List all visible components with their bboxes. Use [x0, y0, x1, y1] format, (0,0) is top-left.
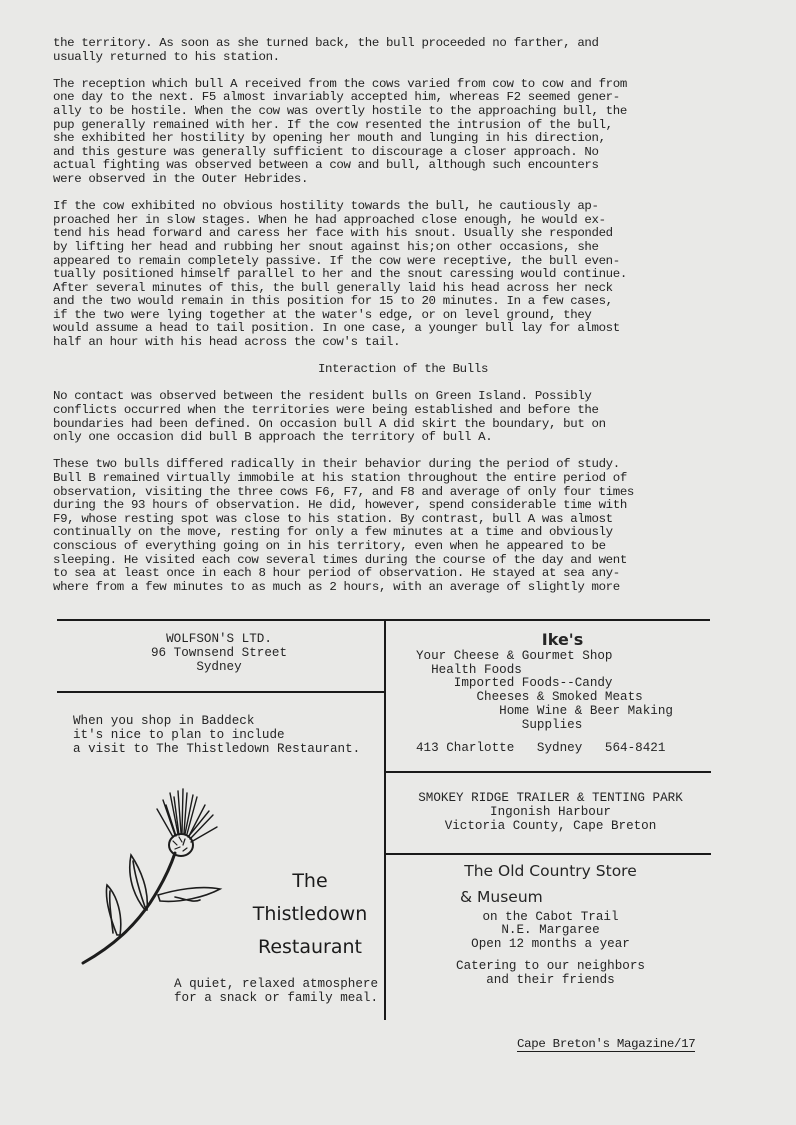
ad-baddeck-line: When you shop in Baddeck: [73, 715, 383, 729]
ad-ikes-title: Ike's: [388, 633, 713, 647]
ad-old-store-line: N.E. Margaree: [388, 924, 713, 938]
ad-thistledown-tagline-line: for a snack or family meal.: [156, 992, 396, 1006]
ad-divider-wolfson: [57, 691, 385, 693]
ad-wolfsons: WOLFSON'S LTD. 96 Townsend Street Sydney: [54, 633, 384, 674]
paragraph-no-contact: No contact was observed between the resi…: [53, 390, 733, 444]
ad-smokey-location: Ingonish Harbour: [388, 806, 713, 820]
ad-old-store-line: Open 12 months a year: [388, 938, 713, 952]
paragraph-reception: The reception which bull A received from…: [53, 78, 733, 187]
ad-baddeck: When you shop in Baddeck it's nice to pl…: [73, 715, 383, 756]
ad-divider-ikes: [385, 771, 711, 773]
paragraph-approach: If the cow exhibited no obvious hostilit…: [53, 200, 733, 350]
ad-baddeck-line: a visit to The Thistledown Restaurant.: [73, 743, 383, 757]
ad-old-store-line: on the Cabot Trail: [388, 911, 713, 925]
ad-ikes-line: Supplies: [388, 719, 713, 733]
ad-old-store-title: The Old Country Store: [388, 865, 713, 879]
ad-thistledown-tagline: A quiet, relaxed atmosphere for a snack …: [156, 978, 396, 1006]
ad-ikes-line: Cheeses & Smoked Meats: [388, 691, 713, 705]
ad-thistledown-name-line: Thistledown: [240, 898, 380, 931]
ad-wolfson-city: Sydney: [54, 661, 384, 675]
ad-divider-smokey: [385, 853, 711, 855]
page-footer: Cape Breton's Magazine/17: [517, 1038, 695, 1052]
ad-old-country-store: The Old Country Store & Museum on the Ca…: [388, 865, 713, 988]
ad-thistledown: The Thistledown Restaurant A quiet, rela…: [60, 760, 385, 1020]
ad-ikes-line: Health Foods: [388, 664, 713, 678]
ad-smokey-ridge: SMOKEY RIDGE TRAILER & TENTING PARK Ingo…: [388, 792, 713, 833]
ad-old-store-subtitle: & Museum: [388, 891, 713, 905]
ad-ikes-line: Imported Foods--Candy: [388, 677, 713, 691]
ad-wolfson-name: WOLFSON'S LTD.: [54, 633, 384, 647]
thistle-flower-icon: [75, 785, 235, 970]
section-heading: Interaction of the Bulls: [53, 363, 733, 377]
article-body: the territory. As soon as she turned bac…: [53, 37, 733, 594]
paragraph-territory: the territory. As soon as she turned bac…: [53, 37, 733, 64]
ad-thistledown-name: The Thistledown Restaurant: [240, 865, 380, 964]
ad-old-store-tagline: and their friends: [388, 974, 713, 988]
ad-wolfson-street: 96 Townsend Street: [54, 647, 384, 661]
ad-ikes-line: Your Cheese & Gourmet Shop: [388, 650, 713, 664]
ad-ikes: Ike's Your Cheese & Gourmet Shop Health …: [388, 633, 713, 755]
ad-baddeck-line: it's nice to plan to include: [73, 729, 383, 743]
paragraph-two-bulls: These two bulls differed radically in th…: [53, 458, 733, 594]
ad-smokey-name: SMOKEY RIDGE TRAILER & TENTING PARK: [388, 792, 713, 806]
ad-ikes-line: Home Wine & Beer Making: [388, 705, 713, 719]
ad-thistledown-name-line: Restaurant: [240, 931, 380, 964]
ad-thistledown-name-line: The: [240, 865, 380, 898]
magazine-page: the territory. As soon as she turned bac…: [0, 0, 796, 1125]
ad-old-store-tagline: Catering to our neighbors: [388, 960, 713, 974]
ad-smokey-county: Victoria County, Cape Breton: [388, 820, 713, 834]
ad-ikes-address-phone: 413 Charlotte Sydney 564-8421: [388, 742, 713, 756]
ad-thistledown-tagline-line: A quiet, relaxed atmosphere: [156, 978, 396, 992]
